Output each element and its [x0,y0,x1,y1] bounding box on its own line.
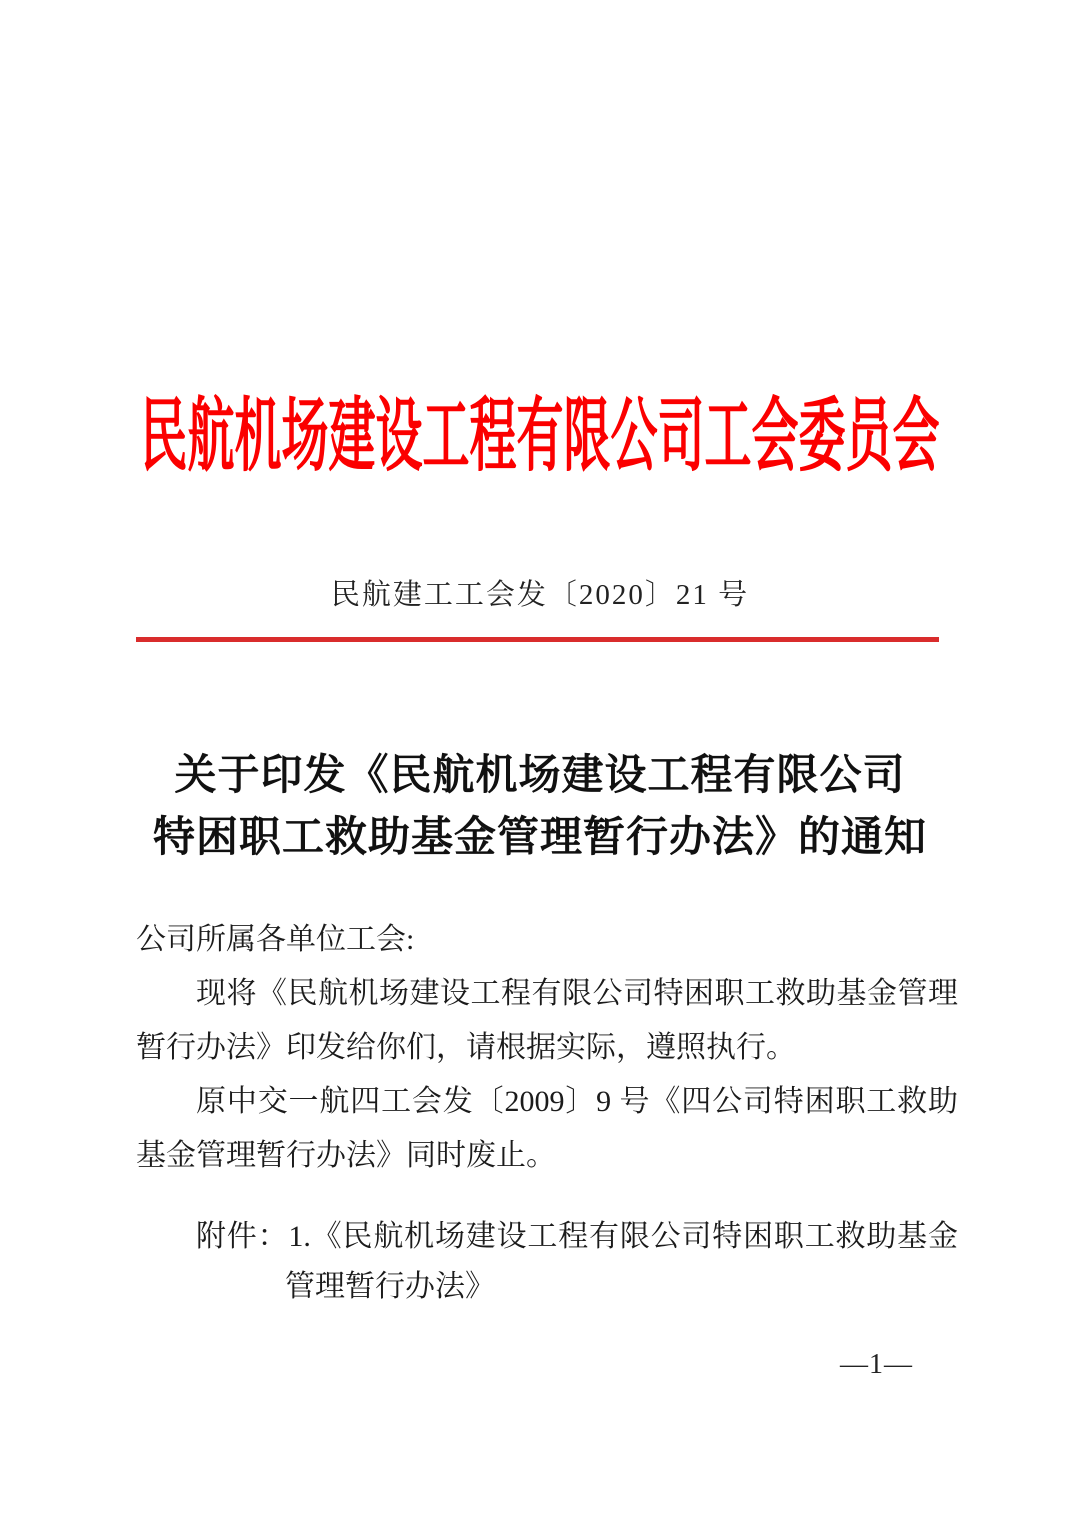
document-number: 民航建工工会发〔2020〕21 号 [331,579,749,611]
salutation-line: 公司所属各单位工会: [136,913,958,967]
attachment-line2: 管理暂行办法》 [136,1262,958,1312]
notice-title-line2: 特困职工救助基金管理暂行办法》的通知 [0,807,1080,869]
doc-number-row: 民航建工工会发〔2020〕21 号 [0,577,1080,613]
paragraph1-line2: 暂行办法》印发给你们，请根据实际，遵照执行。 [136,1021,958,1075]
paragraph2-line2: 基金管理暂行办法》同时废止。 [136,1129,958,1183]
notice-title: 关于印发《民航机场建设工程有限公司 特困职工救助基金管理暂行办法》的通知 [0,745,1080,869]
organization-title: 民航机场建设工程有限公司工会委员会 [141,391,940,486]
letterhead: 民航机场建设工程有限公司工会委员会 [0,411,1080,466]
attachment-line1: 附件：1.《民航机场建设工程有限公司特困职工救助基金 [136,1212,958,1262]
paragraph1-line1: 现将《民航机场建设工程有限公司特困职工救助基金管理 [136,967,958,1021]
body-text: 公司所属各单位工会: 现将《民航机场建设工程有限公司特困职工救助基金管理 暂行办… [136,913,958,1183]
paragraph2-line1: 原中交一航四工会发〔2009〕9 号《四公司特困职工救助 [136,1075,958,1129]
page-number: —1— [840,1348,913,1382]
notice-title-line1: 关于印发《民航机场建设工程有限公司 [0,745,1080,807]
attachment-section: 附件：1.《民航机场建设工程有限公司特困职工救助基金 管理暂行办法》 [136,1212,958,1312]
red-divider-line [136,637,939,642]
document-page: 民航机场建设工程有限公司工会委员会 民航建工工会发〔2020〕21 号 关于印发… [0,0,1080,1527]
